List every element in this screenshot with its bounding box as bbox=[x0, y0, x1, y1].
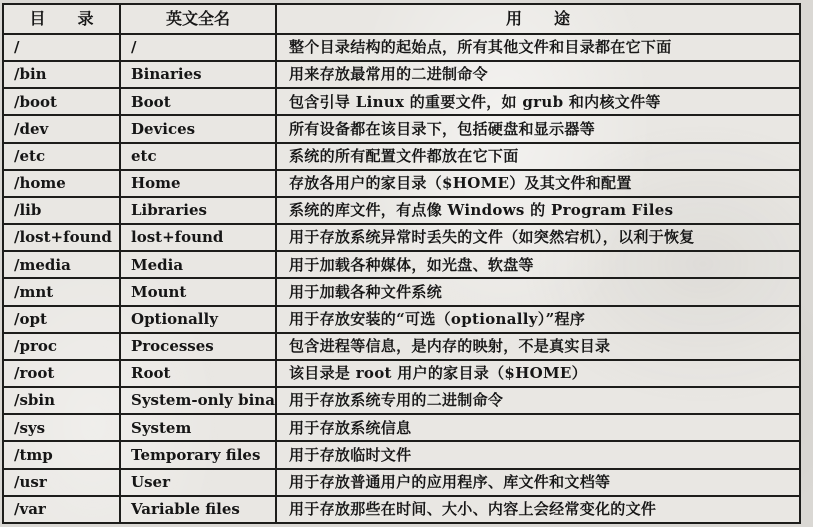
header-english-name: 英文全名 bbox=[120, 4, 276, 34]
linux-directory-table: 目 录 英文全名 用 途 / / 整个目录结构的起始点，所有其他文件和目录都在它… bbox=[2, 3, 801, 524]
en-name-cell: System-only binaries bbox=[120, 387, 276, 414]
usage-cell: 用于存放系统异常时丢失的文件（如突然宕机），以利于恢复 bbox=[276, 224, 800, 251]
usage-cell: 存放各用户的家目录（$HOME）及其文件和配置 bbox=[276, 170, 800, 197]
dir-cell: /tmp bbox=[3, 441, 120, 468]
dir-cell: / bbox=[3, 34, 120, 61]
dir-cell: /sbin bbox=[3, 387, 120, 414]
usage-cell: 用于存放临时文件 bbox=[276, 441, 800, 468]
table-row: /bin Binaries 用来存放最常用的二进制命令 bbox=[3, 61, 800, 88]
usage-cell: 所有设备都在该目录下，包括硬盘和显示器等 bbox=[276, 115, 800, 142]
en-name-cell: Libraries bbox=[120, 197, 276, 224]
dir-cell: /boot bbox=[3, 88, 120, 115]
en-name-cell: Binaries bbox=[120, 61, 276, 88]
en-name-cell: Home bbox=[120, 170, 276, 197]
en-name-cell: Root bbox=[120, 360, 276, 387]
dir-cell: /lib bbox=[3, 197, 120, 224]
en-name-cell: etc bbox=[120, 143, 276, 170]
dir-cell: /media bbox=[3, 251, 120, 278]
dir-cell: /home bbox=[3, 170, 120, 197]
table-row: /home Home 存放各用户的家目录（$HOME）及其文件和配置 bbox=[3, 170, 800, 197]
en-name-cell: Media bbox=[120, 251, 276, 278]
table-row: /lib Libraries 系统的库文件，有点像 Windows 的 Prog… bbox=[3, 197, 800, 224]
table-row: /mnt Mount 用于加载各种文件系统 bbox=[3, 278, 800, 305]
header-usage: 用 途 bbox=[276, 4, 800, 34]
usage-cell: 系统的所有配置文件都放在它下面 bbox=[276, 143, 800, 170]
en-name-cell: Optionally bbox=[120, 306, 276, 333]
dir-cell: /proc bbox=[3, 333, 120, 360]
usage-cell: 包含引导 Linux 的重要文件，如 grub 和内核文件等 bbox=[276, 88, 800, 115]
usage-cell: 用于加载各种文件系统 bbox=[276, 278, 800, 305]
en-name-cell: Variable files bbox=[120, 496, 276, 523]
table-row: /opt Optionally 用于存放安装的“可选（optionally）”程… bbox=[3, 306, 800, 333]
dir-cell: /dev bbox=[3, 115, 120, 142]
table-row: /proc Processes 包含进程等信息，是内存的映射，不是真实目录 bbox=[3, 333, 800, 360]
usage-cell: 用于存放安装的“可选（optionally）”程序 bbox=[276, 306, 800, 333]
dir-cell: /bin bbox=[3, 61, 120, 88]
usage-cell: 系统的库文件，有点像 Windows 的 Program Files bbox=[276, 197, 800, 224]
en-name-cell: System bbox=[120, 414, 276, 441]
table-row: /sys System 用于存放系统信息 bbox=[3, 414, 800, 441]
dir-cell: /root bbox=[3, 360, 120, 387]
en-name-cell: Mount bbox=[120, 278, 276, 305]
dir-cell: /sys bbox=[3, 414, 120, 441]
dir-cell: /lost+found bbox=[3, 224, 120, 251]
en-name-cell: Temporary files bbox=[120, 441, 276, 468]
table-row: /usr User 用于存放普通用户的应用程序、库文件和文档等 bbox=[3, 469, 800, 496]
usage-cell: 该目录是 root 用户的家目录（$HOME） bbox=[276, 360, 800, 387]
table-row: /dev Devices 所有设备都在该目录下，包括硬盘和显示器等 bbox=[3, 115, 800, 142]
usage-cell: 用于存放系统信息 bbox=[276, 414, 800, 441]
en-name-cell: Processes bbox=[120, 333, 276, 360]
usage-cell: 用于加载各种媒体，如光盘、软盘等 bbox=[276, 251, 800, 278]
en-name-cell: Devices bbox=[120, 115, 276, 142]
en-name-cell: Boot bbox=[120, 88, 276, 115]
table-scan-area: 目 录 英文全名 用 途 / / 整个目录结构的起始点，所有其他文件和目录都在它… bbox=[2, 3, 801, 524]
table-row: /media Media 用于加载各种媒体，如光盘、软盘等 bbox=[3, 251, 800, 278]
en-name-cell: User bbox=[120, 469, 276, 496]
table-row: / / 整个目录结构的起始点，所有其他文件和目录都在它下面 bbox=[3, 34, 800, 61]
dir-cell: /opt bbox=[3, 306, 120, 333]
table-row: /lost+found lost+found 用于存放系统异常时丢失的文件（如突… bbox=[3, 224, 800, 251]
table-row: /root Root 该目录是 root 用户的家目录（$HOME） bbox=[3, 360, 800, 387]
en-name-cell: lost+found bbox=[120, 224, 276, 251]
table-row: /etc etc 系统的所有配置文件都放在它下面 bbox=[3, 143, 800, 170]
usage-cell: 用于存放系统专用的二进制命令 bbox=[276, 387, 800, 414]
usage-cell: 包含进程等信息，是内存的映射，不是真实目录 bbox=[276, 333, 800, 360]
dir-cell: /var bbox=[3, 496, 120, 523]
table-row: /sbin System-only binaries 用于存放系统专用的二进制命… bbox=[3, 387, 800, 414]
table-row: /tmp Temporary files 用于存放临时文件 bbox=[3, 441, 800, 468]
dir-cell: /mnt bbox=[3, 278, 120, 305]
table-row: /boot Boot 包含引导 Linux 的重要文件，如 grub 和内核文件… bbox=[3, 88, 800, 115]
dir-cell: /usr bbox=[3, 469, 120, 496]
table-row: /var Variable files 用于存放那些在时间、大小、内容上会经常变… bbox=[3, 496, 800, 523]
header-directory: 目 录 bbox=[3, 4, 120, 34]
dir-cell: /etc bbox=[3, 143, 120, 170]
usage-cell: 用于存放普通用户的应用程序、库文件和文档等 bbox=[276, 469, 800, 496]
en-name-cell: / bbox=[120, 34, 276, 61]
table-header-row: 目 录 英文全名 用 途 bbox=[3, 4, 800, 34]
scanned-page: { "colors": { "paper": "#e9e7e3", "borde… bbox=[0, 0, 813, 527]
usage-cell: 用于存放那些在时间、大小、内容上会经常变化的文件 bbox=[276, 496, 800, 523]
usage-cell: 整个目录结构的起始点，所有其他文件和目录都在它下面 bbox=[276, 34, 800, 61]
usage-cell: 用来存放最常用的二进制命令 bbox=[276, 61, 800, 88]
